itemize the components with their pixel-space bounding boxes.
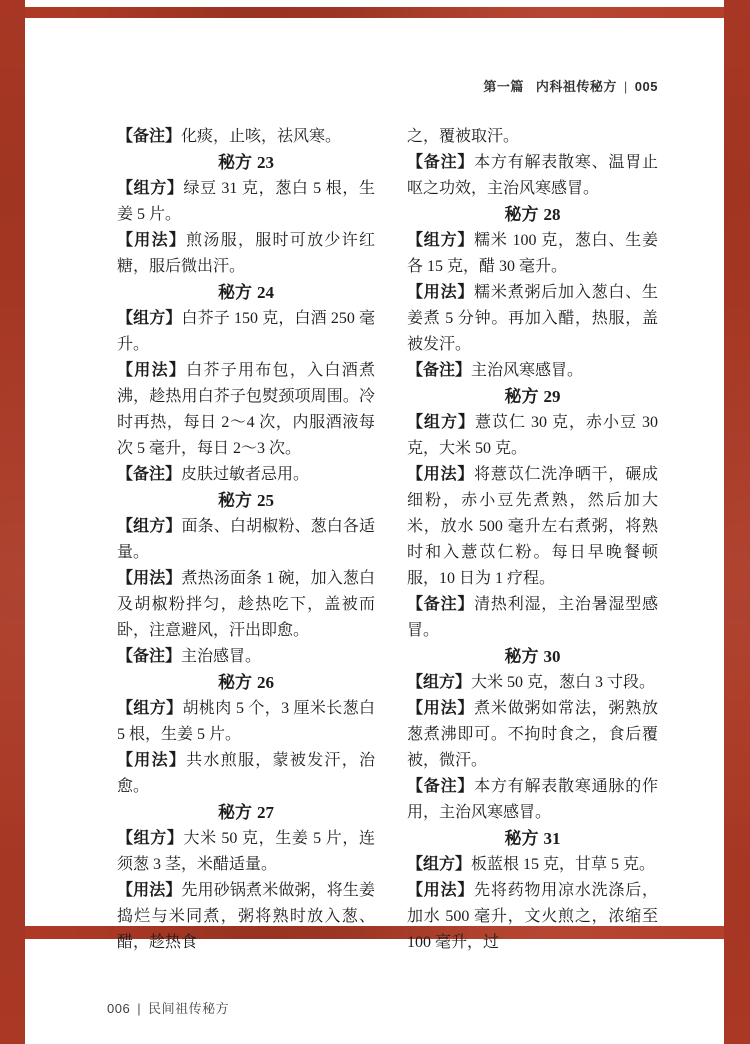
entry-ingredients: 【组方】胡桃肉 5 个，3 厘米长葱白 5 根，生姜 5 片。	[117, 696, 375, 748]
recipe-heading-number: 29	[544, 387, 561, 406]
recipe-heading-number: 23	[257, 153, 274, 172]
entry-label: 【用法】	[117, 570, 182, 587]
entry-label: 【组方】	[407, 674, 471, 691]
footer-book-title: 民间祖传秘方	[148, 1001, 229, 1016]
entry-label: 【组方】	[117, 180, 184, 197]
top-border-rule	[25, 7, 724, 18]
entry-label: 【用法】	[407, 466, 474, 483]
entry-ingredients: 【组方】板蓝根 15 克，甘草 5 克。	[407, 852, 658, 878]
entry-label: 【备注】	[117, 648, 181, 665]
entry-ingredients: 【组方】大米 50 克，生姜 5 片，连须葱 3 茎，米醋适量。	[117, 826, 375, 878]
entry-usage: 【用法】共水煎服，蒙被发汗，治愈。	[117, 748, 375, 800]
entry-text: 主治感冒。	[181, 648, 261, 665]
entry-ingredients: 【组方】白芥子 150 克，白酒 250 毫升。	[117, 306, 375, 358]
footer-page-number: 006	[107, 1001, 130, 1016]
entry-usage: 【用法】煮米做粥如常法，粥熟放葱煮沸即可。不拘时食之，食后覆被，微汗。	[407, 696, 658, 774]
recipe-heading: 秘方24	[117, 280, 375, 306]
recipe-heading-prefix: 秘方	[218, 283, 252, 302]
entry-label: 【用法】	[117, 882, 182, 899]
recipe-heading-prefix: 秘方	[218, 153, 252, 172]
entry-usage: 【用法】白芥子用布包，入白酒煮沸，趁热用白芥子包熨颈项周围。冷时再热，每日 2～…	[117, 358, 375, 462]
book-page: 第一篇内科祖传秘方|005 【备注】化痰，止咳，祛风寒。秘方23【组方】绿豆 3…	[0, 0, 750, 1044]
entry-text: 将薏苡仁洗净晒干，碾成细粉，赤小豆先煮熟，然后加大米，放水 500 毫升左右煮粥…	[407, 466, 658, 587]
running-footer: 006|民间祖传秘方	[107, 998, 229, 1017]
two-column-text-body: 【备注】化痰，止咳，祛风寒。秘方23【组方】绿豆 31 克，葱白 5 根，生姜 …	[117, 124, 658, 956]
running-header: 第一篇内科祖传秘方|005	[483, 76, 658, 95]
entry-notes: 【备注】本方有解表散寒、温胃止呕之功效，主治风寒感冒。	[407, 150, 658, 202]
entry-notes: 【备注】皮肤过敏者忌用。	[117, 462, 375, 488]
entry-ingredients: 【组方】大米 50 克，葱白 3 寸段。	[407, 670, 658, 696]
recipe-heading: 秘方30	[407, 644, 658, 670]
entry-text: 之，覆被取汗。	[407, 128, 519, 145]
entry-label: 【组方】	[117, 518, 182, 535]
entry-label: 【用法】	[117, 232, 186, 249]
header-divider: |	[624, 79, 628, 94]
header-page-number: 005	[635, 79, 658, 94]
entry-usage: 【用法】将薏苡仁洗净晒干，碾成细粉，赤小豆先煮熟，然后加大米，放水 500 毫升…	[407, 462, 658, 592]
entry-text: 主治风寒感冒。	[471, 362, 583, 379]
entry-label: 【备注】	[117, 128, 181, 145]
recipe-heading: 秘方26	[117, 670, 375, 696]
entry-label: 【组方】	[117, 310, 182, 327]
recipe-heading-prefix: 秘方	[218, 491, 252, 510]
entry-notes: 【备注】主治感冒。	[117, 644, 375, 670]
right-border-strip	[724, 0, 750, 1044]
left-border-strip	[0, 0, 25, 1044]
recipe-heading-prefix: 秘方	[218, 673, 252, 692]
entry-label: 【备注】	[407, 778, 474, 795]
header-chapter-title: 内科祖传秘方	[536, 79, 617, 94]
recipe-heading-number: 31	[544, 829, 561, 848]
entry-label: 【备注】	[407, 596, 474, 613]
entry-notes: 【备注】主治风寒感冒。	[407, 358, 658, 384]
recipe-heading: 秘方31	[407, 826, 658, 852]
entry-label: 【用法】	[407, 700, 474, 717]
entry-label: 【用法】	[117, 362, 186, 379]
recipe-heading-prefix: 秘方	[218, 803, 252, 822]
entry-label: 【组方】	[117, 700, 183, 717]
entry-label: 【备注】	[407, 362, 471, 379]
entry-label: 【组方】	[407, 232, 474, 249]
entry-text: 大米 50 克，葱白 3 寸段。	[471, 674, 655, 691]
entry-usage: 【用法】糯米煮粥后加入葱白、生姜煮 5 分钟。再加入醋，热服，盖被发汗。	[407, 280, 658, 358]
entry-label: 【用法】	[407, 284, 474, 301]
entry-ingredients: 【组方】绿豆 31 克，葱白 5 根，生姜 5 片。	[117, 176, 375, 228]
entry-label: 【备注】	[407, 154, 474, 171]
entry-text: 板蓝根 15 克，甘草 5 克。	[471, 856, 655, 873]
entry-usage: 【用法】煮热汤面条 1 碗，加入葱白及胡椒粉拌匀，趁热吃下，盖被而卧，注意避风，…	[117, 566, 375, 644]
entry-notes: 【备注】清热利湿，主治暑湿型感冒。	[407, 592, 658, 644]
entry-label: 【组方】	[117, 830, 184, 847]
recipe-heading: 秘方25	[117, 488, 375, 514]
recipe-heading-number: 26	[257, 673, 274, 692]
recipe-heading-prefix: 秘方	[505, 387, 539, 406]
left-text-column: 【备注】化痰，止咳，祛风寒。秘方23【组方】绿豆 31 克，葱白 5 根，生姜 …	[117, 124, 375, 956]
entry-usage: 【用法】先将药物用凉水洗涤后，加水 500 毫升，文火煎之，浓缩至 100 毫升…	[407, 878, 658, 956]
entry-usage-continued: 之，覆被取汗。	[407, 124, 658, 150]
right-text-column: 之，覆被取汗。【备注】本方有解表散寒、温胃止呕之功效，主治风寒感冒。秘方28【组…	[407, 124, 658, 956]
entry-label: 【备注】	[117, 466, 181, 483]
recipe-heading: 秘方28	[407, 202, 658, 228]
entry-text: 皮肤过敏者忌用。	[181, 466, 309, 483]
entry-ingredients: 【组方】薏苡仁 30 克，赤小豆 30 克，大米 50 克。	[407, 410, 658, 462]
recipe-heading: 秘方29	[407, 384, 658, 410]
entry-ingredients: 【组方】糯米 100 克，葱白、生姜各 15 克，醋 30 毫升。	[407, 228, 658, 280]
recipe-heading: 秘方27	[117, 800, 375, 826]
recipe-heading-prefix: 秘方	[505, 205, 539, 224]
entry-label: 【用法】	[407, 882, 474, 899]
recipe-heading-prefix: 秘方	[505, 829, 539, 848]
entry-ingredients: 【组方】面条、白胡椒粉、葱白各适量。	[117, 514, 375, 566]
entry-notes: 【备注】本方有解表散寒通脉的作用，主治风寒感冒。	[407, 774, 658, 826]
footer-divider: |	[137, 1001, 141, 1016]
recipe-heading-prefix: 秘方	[505, 647, 539, 666]
recipe-heading-number: 30	[544, 647, 561, 666]
entry-text: 化痰，止咳，祛风寒。	[181, 128, 341, 145]
entry-notes: 【备注】化痰，止咳，祛风寒。	[117, 124, 375, 150]
recipe-heading-number: 27	[257, 803, 274, 822]
recipe-heading: 秘方23	[117, 150, 375, 176]
recipe-heading-number: 25	[257, 491, 274, 510]
entry-usage: 【用法】先用砂锅煮米做粥，将生姜捣烂与米同煮，粥将熟时放入葱、醋，趁热食	[117, 878, 375, 956]
recipe-heading-number: 24	[257, 283, 274, 302]
recipe-heading-number: 28	[544, 205, 561, 224]
entry-usage: 【用法】煎汤服，服时可放少许红糖，服后微出汗。	[117, 228, 375, 280]
entry-label: 【组方】	[407, 414, 475, 431]
header-section-label: 第一篇	[483, 79, 524, 94]
entry-label: 【组方】	[407, 856, 471, 873]
entry-label: 【用法】	[117, 752, 186, 769]
